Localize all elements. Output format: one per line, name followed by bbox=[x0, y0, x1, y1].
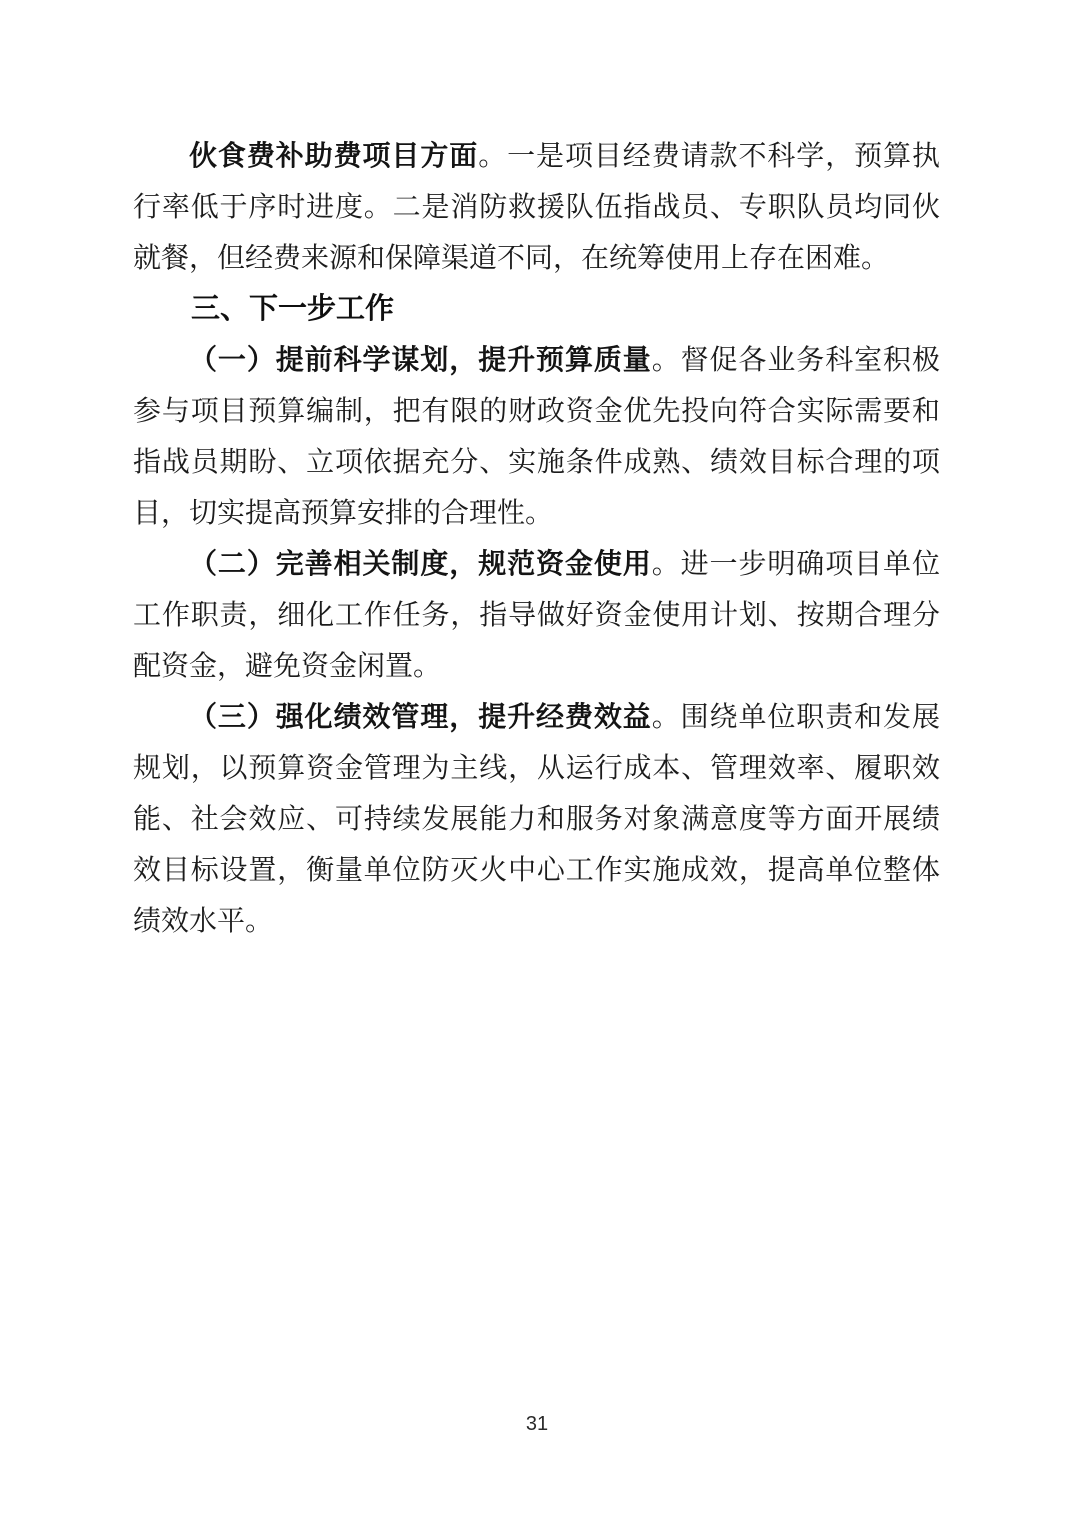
paragraph-item-three: （三）强化绩效管理，提升经费效益。围绕单位职责和发展规划，以预算资金管理为主线，… bbox=[133, 692, 940, 947]
paragraph-lead-bold: 伙食费补助费项目方面 bbox=[189, 141, 478, 172]
document-page: 伙食费补助费项目方面。一是项目经费请款不科学，预算执行率低于序时进度。二是消防救… bbox=[0, 0, 1074, 1520]
paragraph-lead-bold: （二）完善相关制度，规范资金使用 bbox=[189, 549, 652, 580]
paragraph-lead-bold: （一）提前科学谋划，提升预算质量 bbox=[189, 345, 652, 376]
paragraph-meal-subsidy: 伙食费补助费项目方面。一是项目经费请款不科学，预算执行率低于序时进度。二是消防救… bbox=[133, 131, 940, 284]
paragraph-lead-bold: （三）强化绩效管理，提升经费效益 bbox=[189, 702, 652, 733]
paragraph-item-two: （二）完善相关制度，规范资金使用。进一步明确项目单位工作职责，细化工作任务，指导… bbox=[133, 539, 940, 692]
paragraph-text: 。围绕单位职责和发展规划，以预算资金管理为主线，从运行成本、管理效率、履职效能、… bbox=[133, 702, 940, 937]
section-heading-next-steps: 三、下一步工作 bbox=[133, 284, 940, 335]
document-body: 伙食费补助费项目方面。一是项目经费请款不科学，预算执行率低于序时进度。二是消防救… bbox=[133, 131, 940, 947]
paragraph-item-one: （一）提前科学谋划，提升预算质量。督促各业务科室积极参与项目预算编制，把有限的财… bbox=[133, 335, 940, 539]
page-number: 31 bbox=[0, 1410, 1074, 1438]
